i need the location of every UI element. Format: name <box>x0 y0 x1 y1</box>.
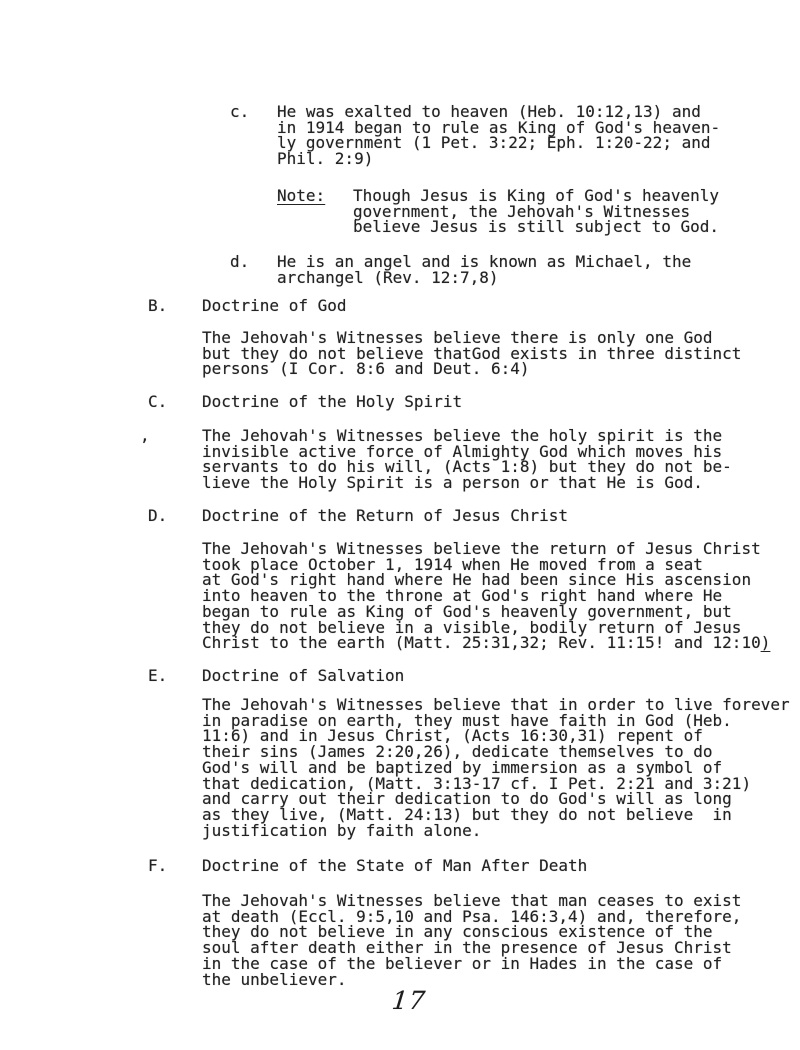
item-marker: B. <box>148 298 167 314</box>
list-item-d: d.He is an angel and is known as Michael… <box>277 254 691 285</box>
text-line: justification by faith alone. <box>202 823 790 839</box>
item-marker: C. <box>148 394 167 410</box>
text-line: Christ to the earth (Matt. 25:31,32; Rev… <box>202 635 770 651</box>
item-marker: d. <box>230 254 249 270</box>
note: Note:Though Jesus is King of God's heave… <box>353 188 719 235</box>
text-line: the unbeliever. <box>202 972 741 988</box>
stray-comma-mark: , <box>140 428 150 444</box>
paragraph: The Jehovah's Witnesses believe the retu… <box>202 541 770 651</box>
text-line: lieve the Holy Spirit is a person or tha… <box>202 475 732 491</box>
list-item-c: c.He was exalted to heaven (Heb. 10:12,1… <box>277 104 720 167</box>
scanned-document-page: c.He was exalted to heaven (Heb. 10:12,1… <box>0 0 800 1050</box>
item-marker: F. <box>148 858 167 874</box>
item-marker: c. <box>230 104 249 120</box>
text-line: Phil. 2:9) <box>277 151 720 167</box>
section-heading-C: C.Doctrine of the Holy Spirit <box>202 394 462 410</box>
section-heading-D: D.Doctrine of the Return of Jesus Christ <box>202 508 568 524</box>
item-marker: E. <box>148 668 167 684</box>
underlined-text: ) <box>761 633 771 652</box>
paragraph: The Jehovah's Witnesses believe that in … <box>202 697 790 838</box>
paragraph: The Jehovah's Witnesses believe that man… <box>202 893 741 987</box>
section-heading-text: Doctrine of God <box>202 296 347 315</box>
section-heading-text: Doctrine of the State of Man After Death <box>202 856 587 875</box>
section-heading-text: Doctrine of the Return of Jesus Christ <box>202 506 568 525</box>
note-label: Note: <box>277 188 325 204</box>
text-line: believe Jesus is still subject to God. <box>353 219 719 235</box>
text-line: archangel (Rev. 12:7,8) <box>277 270 691 286</box>
text-line: persons (I Cor. 8:6 and Deut. 6:4) <box>202 361 741 377</box>
item-marker: D. <box>148 508 167 524</box>
paragraph-: ,The Jehovah's Witnesses believe the hol… <box>202 428 732 491</box>
paragraph: The Jehovah's Witnesses believe there is… <box>202 330 741 377</box>
section-heading-E: E.Doctrine of Salvation <box>202 668 404 684</box>
section-heading-F: F.Doctrine of the State of Man After Dea… <box>202 858 587 874</box>
section-heading-text: Doctrine of Salvation <box>202 666 404 685</box>
page-number: 17 <box>390 986 427 1015</box>
section-heading-B: B.Doctrine of God <box>202 298 347 314</box>
section-heading-text: Doctrine of the Holy Spirit <box>202 392 462 411</box>
